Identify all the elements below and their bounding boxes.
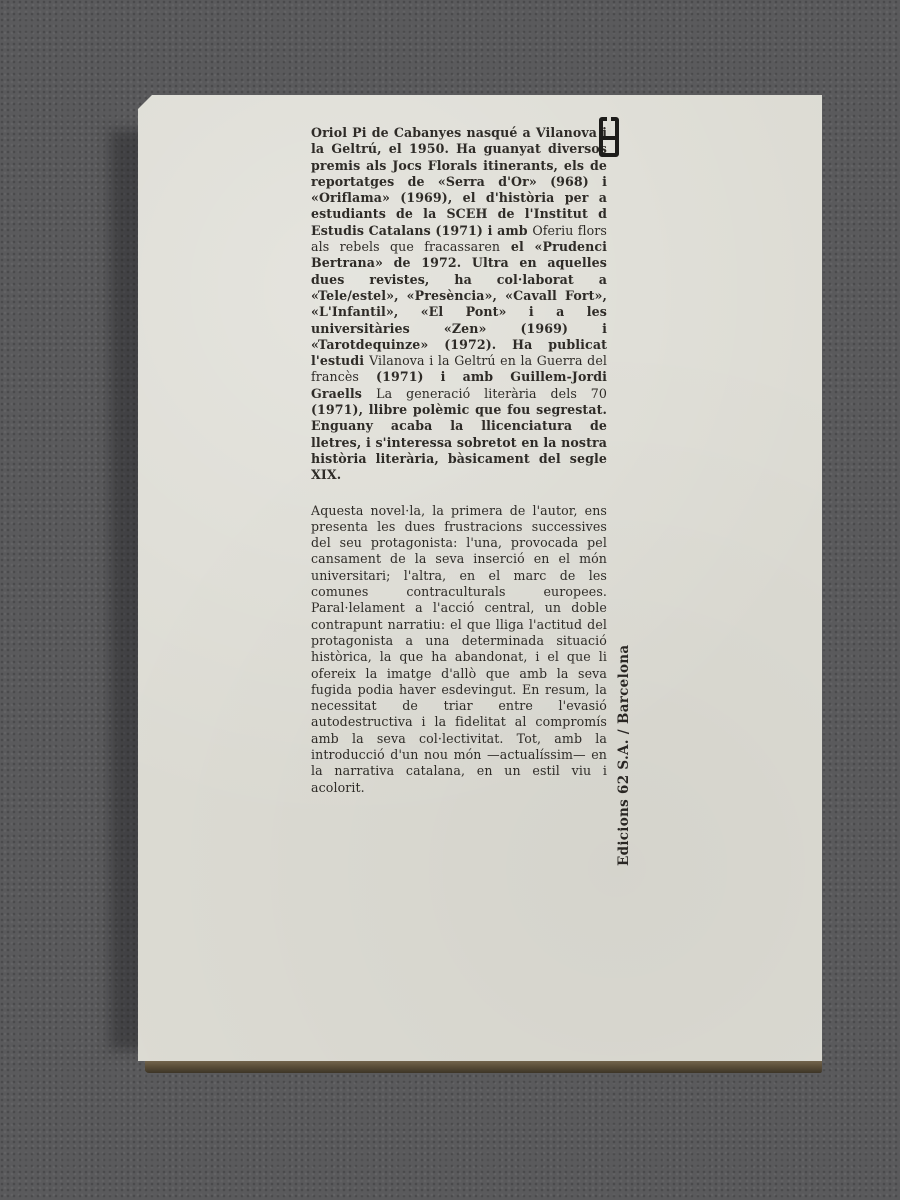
bio-title-generacio: La generació literària dels 70 <box>376 386 607 401</box>
book-blurb: Aquesta novel·la, la primera de l'autor,… <box>311 503 607 796</box>
bio-segment: (1971), llibre polèmic que fou segrestat… <box>311 402 607 482</box>
bio-segment: Oriol Pi de Cabanyes nasqué a Vilanova i… <box>311 125 607 238</box>
bio-segment: el «Prudenci Bertrana» de 1972. Ultra en… <box>311 239 607 368</box>
publisher-imprint: Edicions 62 S.A. / Barcelona <box>616 645 632 866</box>
author-bio: Oriol Pi de Cabanyes nasqué a Vilanova i… <box>311 125 607 484</box>
cover-text-column: Oriol Pi de Cabanyes nasqué a Vilanova i… <box>311 125 607 808</box>
edicions-62-logo-icon <box>599 117 619 157</box>
